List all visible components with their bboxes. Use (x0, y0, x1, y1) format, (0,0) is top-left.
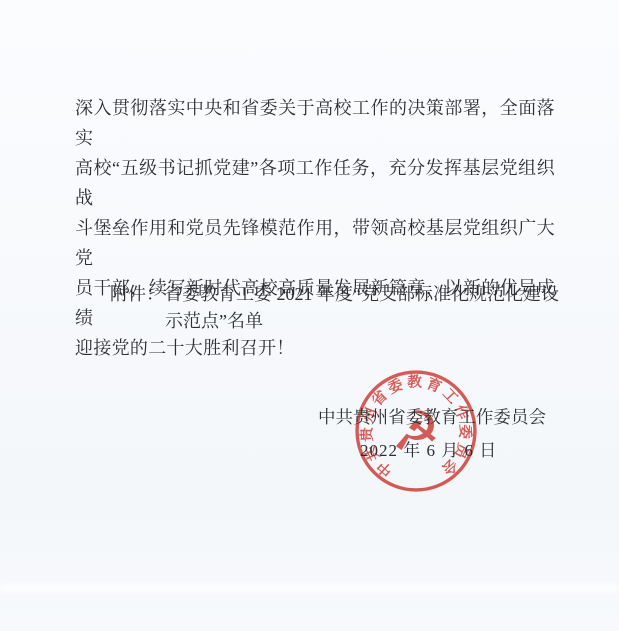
paragraph-line-1: 深入贯彻落实中央和省委关于高校工作的决策部署，全面落实 (75, 93, 555, 153)
document-page: 深入贯彻落实中央和省委关于高校工作的决策部署，全面落实 高校“五级书记抓党建”各… (0, 0, 619, 631)
attachment-reference-line-1: 附件：省委教育工委 2021 年度“党支部标准化规范化建设 (110, 281, 559, 307)
scan-artifact-streak (0, 584, 619, 593)
official-seal-graphic: 中共贵州省委教育工作委员会 ☭ (350, 365, 482, 497)
paragraph-line-5: 迎接党的二十大胜利召开！ (75, 333, 555, 363)
attachment-reference-line-2: 示范点”名单 (165, 308, 263, 334)
official-seal: 中共贵州省委教育工作委员会 ☭ (350, 365, 482, 497)
body-paragraph: 深入贯彻落实中央和省委关于高校工作的决策部署，全面落实 高校“五级书记抓党建”各… (75, 93, 555, 363)
paragraph-line-2: 高校“五级书记抓党建”各项工作任务，充分发挥基层党组织战 (75, 153, 555, 213)
issue-date: 2022 年 6 月 6 日 (360, 440, 494, 462)
paragraph-line-3: 斗堡垒作用和党员先锋模范作用，带领高校基层党组织广大党 (75, 213, 555, 273)
issuing-authority-signature: 中共贵州省委教育工作委员会 (318, 406, 546, 429)
